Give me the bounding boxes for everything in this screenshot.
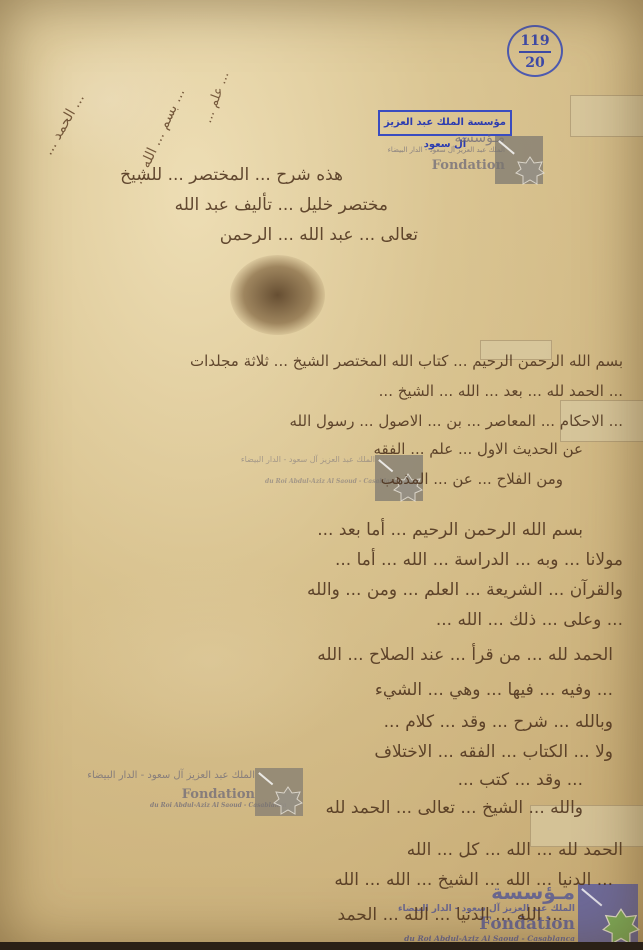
watermark-french-subtitle: du Roi Abdul-Aziz Al Saoud - Casablanca <box>265 478 375 485</box>
title-line: هذه شرح ... المختصر ... للشيخ <box>120 165 343 185</box>
watermark-french-title: Fondation <box>150 787 255 802</box>
body-line: وبالله ... شرح ... وقد ... كلام ... <box>384 712 613 732</box>
body-line: ... وعلى ... ذلك ... الله ... <box>436 610 623 630</box>
watermark-middle: الملك عبد العزيز آل سعود - الدار البيضاء… <box>265 455 375 485</box>
watermark-arabic-title: مـؤسسة <box>395 130 505 146</box>
manuscript-page: 119 20 مؤسسة الملك عبد العزيز آل سعود مـ… <box>0 0 643 950</box>
body-line: ... وفيه ... فيها ... وهي ... الشيء <box>375 680 613 700</box>
body-line: الحمد لله ... الله ... كل ... الله <box>407 840 623 860</box>
foundation-logo <box>255 768 303 816</box>
body-line: ... الله ... الدنيا ... الله ... الحمد <box>338 905 563 925</box>
body-line: بسم الله الرحمن الرحيم ... أما بعد ... <box>317 520 583 540</box>
foundation-logo <box>578 884 638 944</box>
shelfmark-stamp: 119 20 <box>507 25 563 77</box>
body-line: بسم الله الرحمن الرحيم ... كتاب الله الم… <box>190 352 623 370</box>
foundation-logo <box>495 136 543 184</box>
watermark-french-subtitle: du Roi Abdul-Aziz Al Saoud - Casablanca <box>150 802 255 809</box>
body-line: الحمد لله ... من قرأ ... عند الصلاح ... … <box>317 645 613 665</box>
watermark-arabic-subtitle: الملك عبد العزيز آل سعود - الدار البيضاء <box>265 455 375 464</box>
margin-note: ... علم ... <box>200 69 232 125</box>
shelfmark-number: 119 <box>509 34 561 48</box>
watermark-arabic-subtitle: الملك عبد العزيز آل سعود - الدار البيضاء <box>395 146 505 154</box>
octagram-star-icon <box>515 156 545 186</box>
title-line: تعالى ... عبد الله ... الرحمن <box>220 225 418 245</box>
watermark-arabic-subtitle: الملك عبد العزيز آل سعود - الدار البيضاء <box>150 770 255 781</box>
shelfmark-divider <box>519 51 551 53</box>
body-line: والله ... الشيخ ... تعالى ... الحمد لله <box>326 798 584 818</box>
watermark-lower: الملك عبد العزيز آل سعود - الدار البيضاء… <box>150 770 255 809</box>
shelfmark-volume: 20 <box>525 55 544 71</box>
octagram-star-icon <box>273 786 303 816</box>
body-line: ولا ... الكتاب ... الفقه ... الاختلاف <box>374 742 613 762</box>
ink-blot <box>230 255 325 335</box>
scan-border <box>0 942 643 950</box>
watermark-top: مـؤسسة الملك عبد العزيز آل سعود - الدار … <box>395 130 505 173</box>
octagram-star-icon <box>602 908 640 946</box>
body-line: ... الحمد لله ... بعد ... الله ... الشيخ… <box>379 382 623 400</box>
body-line: ومن الفلاح ... عن ... المذهب <box>381 470 563 488</box>
body-line: ... الدنيا ... الله ... الشيخ ... الله .… <box>334 870 613 890</box>
paper-patch <box>570 95 643 137</box>
body-line: ... الاحكام ... المعاصر ... بن ... الاصو… <box>290 412 623 430</box>
body-line: مولانا ... وبه ... الدراسة ... الله ... … <box>335 550 623 570</box>
body-line: ... وقد ... كتب ... <box>458 770 583 790</box>
body-line: عن الحديث الاول ... علم ... الفقه <box>373 440 583 458</box>
body-line: والقرآن ... الشريعة ... العلم ... ومن ..… <box>307 580 623 600</box>
watermark-french-title: Fondation <box>395 158 505 173</box>
title-line: مختصر خليل ... تأليف عبد الله <box>175 195 388 215</box>
